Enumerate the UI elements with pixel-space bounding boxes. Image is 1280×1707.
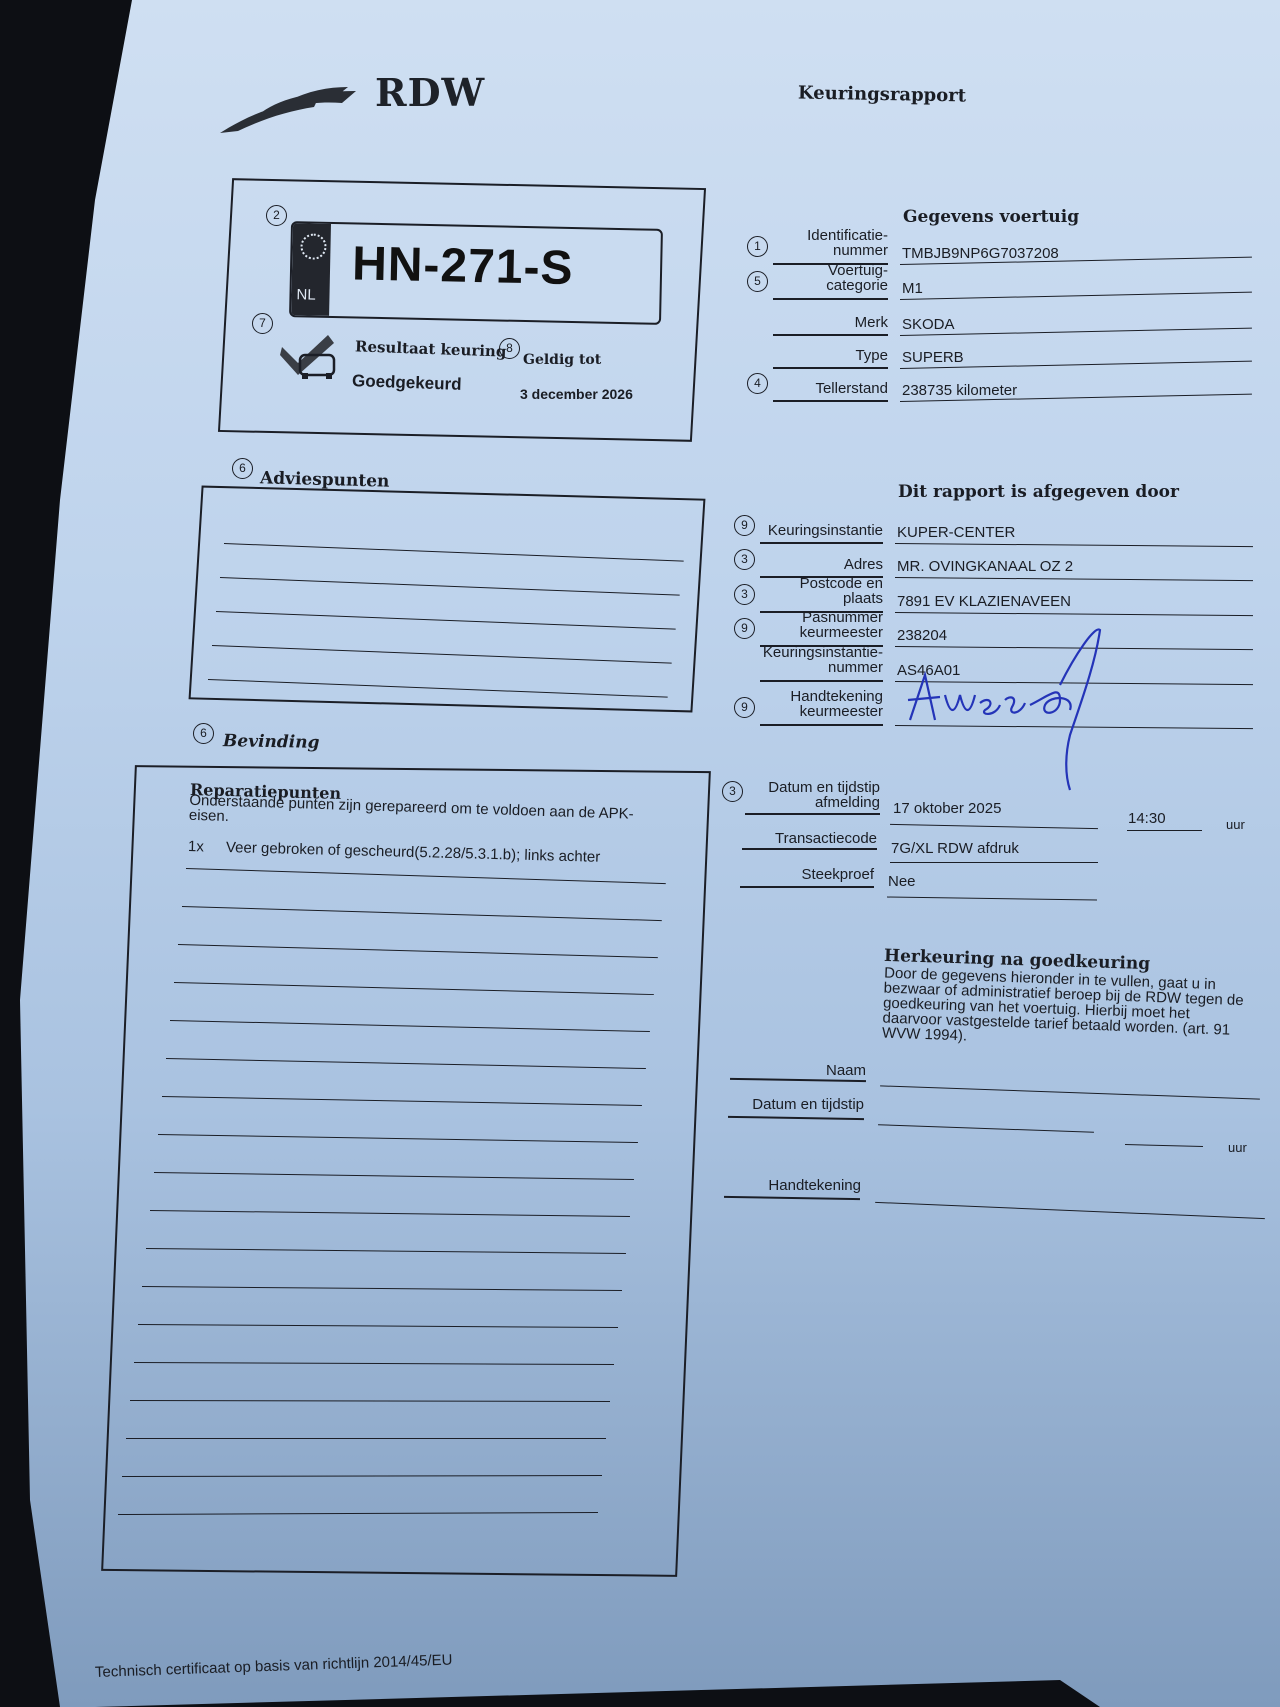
license-plate: NL HN-271-S — [289, 221, 663, 325]
issuer-field-label: Keuringsinstantie-nummer — [752, 645, 883, 675]
inspector-signature — [900, 625, 1110, 795]
vehicle-field-label: Identificatie-nummer — [765, 228, 888, 258]
reinspection-body: Door de gegevens hieronder in te vullen,… — [882, 966, 1254, 1054]
sample-value: Nee — [888, 873, 916, 890]
rdw-swoosh-logo-icon — [218, 85, 358, 137]
finding-qty: 1x — [188, 838, 226, 856]
issuer-section-title: Dit rapport is afgegeven door — [898, 482, 1179, 502]
datetime-time-value: 14:30 — [1128, 810, 1166, 827]
vehicle-field-value: SUPERB — [902, 349, 964, 366]
issuer-field-value: MR. OVINGKANAAL OZ 2 — [897, 558, 1073, 575]
findings-box — [101, 765, 711, 1577]
document-title: Keuringsrapport — [798, 83, 966, 107]
issuer-field-label: Postcode enplaats — [752, 576, 883, 606]
reinspection-signature-label: Handtekening — [725, 1178, 861, 1193]
valid-until-label: Geldig tot — [523, 352, 601, 368]
vehicle-section-title: Gegevens voertuig — [903, 207, 1079, 227]
reinspection-time-unit: uur — [1228, 1140, 1247, 1155]
issuer-field-value: 7891 EV KLAZIENAVEEN — [897, 593, 1071, 610]
datetime-label: Datum en tijdstipafmelding — [740, 780, 880, 810]
marker-2: 2 — [266, 205, 287, 226]
issuer-field-value: KUPER-CENTER — [897, 524, 1015, 541]
vehicle-field-value: TMBJB9NP6G7037208 — [902, 245, 1059, 262]
reinspection-datetime-label: Datum en tijdstip — [728, 1097, 864, 1112]
vehicle-field-label: Voertuig-categorie — [765, 263, 888, 293]
transaction-value: 7G/XL RDW afdruk — [891, 840, 1019, 857]
eu-band: NL — [291, 223, 331, 316]
vehicle-field-label: Type — [765, 348, 888, 363]
marker-6-advice: 6 — [232, 458, 253, 479]
result-value: Goedgekeurd — [352, 371, 462, 395]
transaction-label: Transactiecode — [740, 831, 877, 846]
vehicle-field-value: SKODA — [902, 316, 955, 333]
vehicle-field-value: M1 — [902, 280, 923, 297]
marker-8: 8 — [499, 338, 520, 359]
advice-box — [189, 486, 706, 713]
vehicle-field-label: Tellerstand — [765, 381, 888, 396]
datetime-date-value: 17 oktober 2025 — [893, 800, 1001, 817]
marker-7: 7 — [252, 313, 273, 334]
reinspection-name-label: Naam — [730, 1063, 866, 1078]
eu-stars-icon — [300, 233, 327, 260]
brand-name: RDW — [375, 70, 485, 115]
country-code: NL — [296, 286, 316, 303]
valid-until-value: 3 december 2026 — [520, 386, 633, 402]
issuer-field-label: Keuringsinstantie — [752, 523, 883, 538]
registration-number: HN-271-S — [352, 236, 575, 296]
car-checkmark-icon — [280, 333, 338, 383]
issuer-field-label: Pasnummerkeurmeester — [752, 610, 883, 640]
marker-6-findings: 6 — [193, 723, 214, 744]
vehicle-field-value: 238735 kilometer — [902, 382, 1017, 399]
vehicle-field-label: Merk — [765, 315, 888, 330]
findings-section-title: Bevinding — [223, 731, 320, 753]
time-unit: uur — [1226, 817, 1245, 832]
issuer-field-label: Adres — [752, 557, 883, 572]
sample-label: Steekproef — [740, 867, 874, 882]
issuer-field-label: Handtekeningkeurmeester — [752, 689, 883, 719]
